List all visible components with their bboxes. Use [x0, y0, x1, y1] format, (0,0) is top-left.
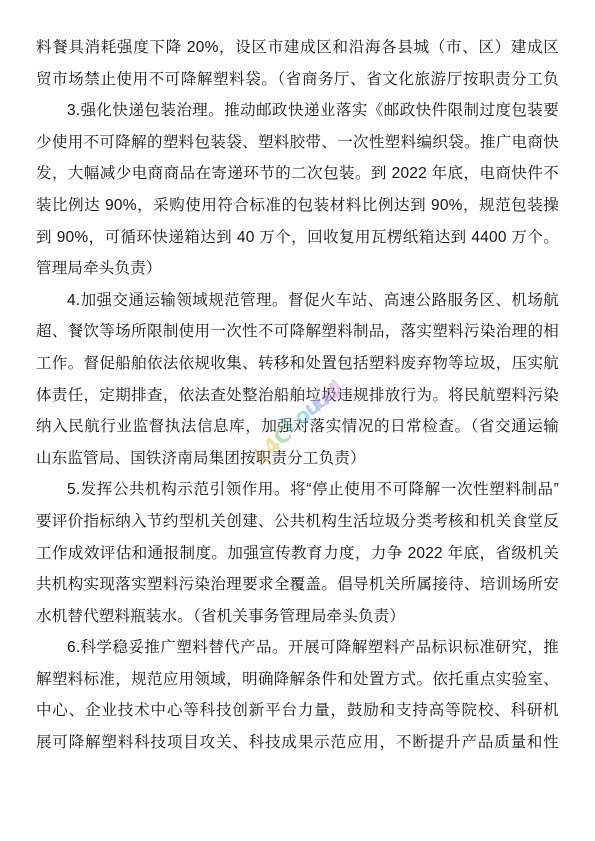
text-line: 体责任，定期排查，依法查处整治船舶垃圾违规排放行为。将民航塑料污染防治工作 [36, 380, 559, 412]
text-line: 到 90%，可循环快递箱达到 40 万个，回收复用瓦楞纸箱达到 4400 万个。… [36, 222, 559, 254]
text-line: 管理局牵头负责） [36, 253, 559, 285]
text-line: 水机替代塑料瓶装水。（省机关事务管理局牵头负责） [36, 601, 559, 633]
text-line: 贸市场禁止使用不可降解塑料袋。（省商务厅、省文化旅游厅按职责分工负责） [36, 64, 559, 96]
text-line: 5.发挥公共机构示范引领作用。将“停止使用不可降解一次性塑料制品”作为重 [36, 474, 559, 506]
text-line: 山东监管局、国铁济南局集团按职责分工负责） [36, 443, 559, 475]
text-line: 3.强化快递包装治理。推动邮政快递业落实《邮政快件限制过度包装要求》，减 [36, 95, 559, 127]
text-line: 共机构实现落实塑料污染治理要求全覆盖。倡导机关所属接待、培训场所安装直饮净 [36, 569, 559, 601]
text-line: 纳入民航行业监督执法信息库，加强对落实情况的日常检查。（省交通运输厅、民航 [36, 411, 559, 443]
text-line: 展可降解塑料科技项目攻关、科技成果示范应用，不断提升产品质量和性能，降低应 [36, 727, 559, 759]
text-line: 工作成效评估和通报制度。加强宣传教育力度，力争 2022 年底，省级机关及所属公 [36, 538, 559, 570]
document-page: 料餐具消耗强度下降 20%，设区市建成区和沿海各县城（市、区）建成区 40%的集… [0, 0, 595, 841]
text-line: 解塑料标准，规范应用领域，明确降解条件和处置方式。依托重点实验室、工程研究 [36, 664, 559, 696]
text-line: 4.加强交通运输领域规范管理。督促火车站、高速公路服务区、机场航站楼内商 [36, 285, 559, 317]
document-body: 料餐具消耗强度下降 20%，设区市建成区和沿海各县城（市、区）建成区 40%的集… [36, 32, 559, 759]
text-line: 中心、企业技术中心等科技创新平台力量，鼓励和支持高等院校、科研机构、企业开 [36, 695, 559, 727]
text-line: 要评价指标纳入节约型机关创建、公共机构生活垃圾分类考核和机关食堂反食品浪费 [36, 506, 559, 538]
text-line: 装比例达 90%，采购使用符合标准的包装材料比例达到 90%，规范包装操作比例达 [36, 190, 559, 222]
text-line: 6.科学稳妥推广塑料替代产品。开展可降解塑料产品标识标准研究，推行生物降 [36, 632, 559, 664]
text-line: 料餐具消耗强度下降 20%，设区市建成区和沿海各县城（市、区）建成区 40%的集 [36, 32, 559, 64]
text-line: 超、餐饮等场所限制使用一次性不可降解塑料制品，落实塑料污染治理的相关规定和 [36, 316, 559, 348]
text-line: 少使用不可降解的塑料包装袋、塑料胶带、一次性塑料编织袋。推广电商快件原装直 [36, 127, 559, 159]
text-line: 工作。督促船舶依法依规收集、转移和处置包括塑料废弃物等垃圾，压实航运企业主 [36, 348, 559, 380]
text-line: 发，大幅减少电商商品在寄递环节的二次包装。到 2022 年底，电商快件不再二次包 [36, 158, 559, 190]
